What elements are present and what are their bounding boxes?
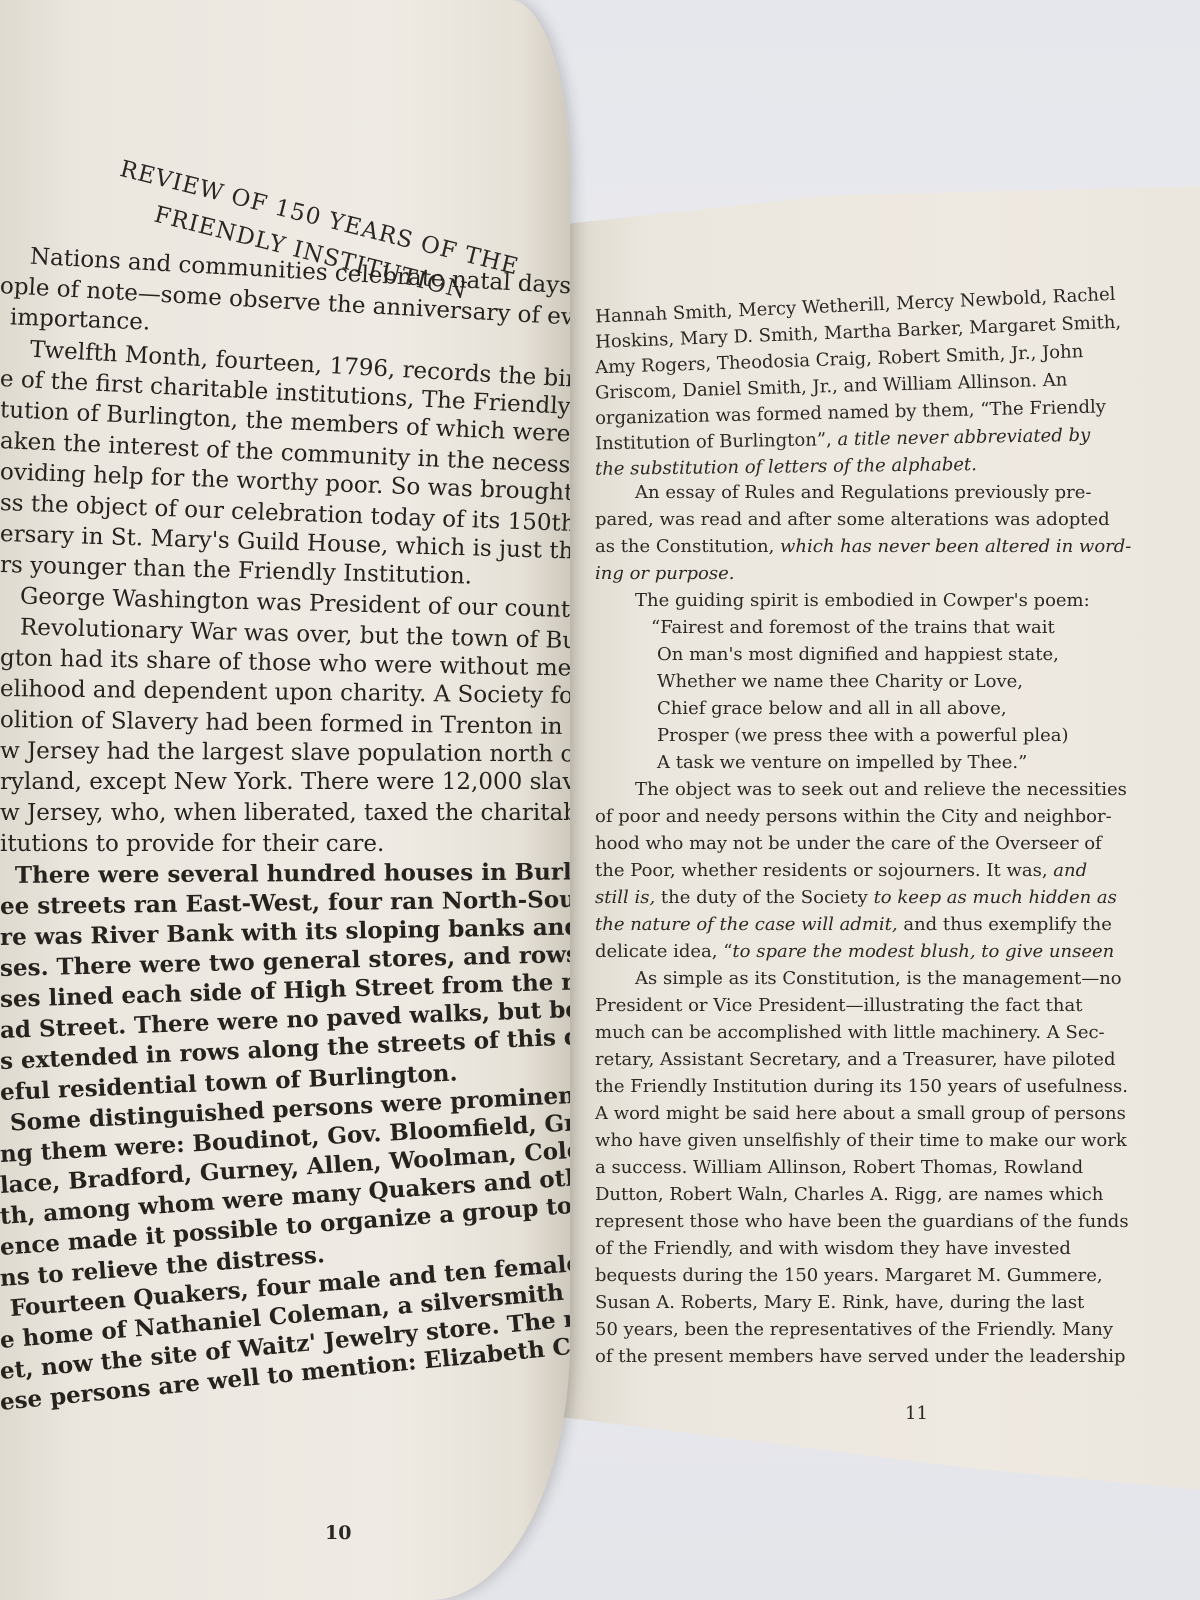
text-line: Dutton, Robert Waln, Charles A. Rigg, ar… [595, 1181, 1200, 1208]
text-line: ryland, except New York. There were 12,0… [0, 767, 570, 798]
text-line: Whether we name thee Charity or Love, [595, 668, 1200, 695]
text-line: w Jersey, who, when liberated, taxed the… [0, 798, 570, 829]
text-line: Chief grace below and all in all above, [595, 695, 1200, 722]
text-line: of the present members have served under… [595, 1343, 1200, 1370]
text-line: Prosper (we press thee with a powerful p… [595, 722, 1200, 749]
text-line: who have given unselfishly of their time… [595, 1127, 1200, 1154]
text-line: bequests during the 150 years. Margaret … [595, 1262, 1200, 1289]
text-line: of the Friendly, and with wisdom they ha… [595, 1235, 1200, 1262]
page-number-right: 11 [905, 1403, 928, 1424]
text-line: The object was to seek out and relieve t… [595, 776, 1200, 803]
text-line: “Fairest and foremost of the trains that… [595, 614, 1200, 641]
text-line: As simple as its Constitution, is the ma… [595, 965, 1200, 992]
text-line: delicate idea, “to spare the modest blus… [595, 938, 1200, 965]
text-line: the Poor, whether residents or sojourner… [595, 857, 1200, 884]
text-line: a success. William Allinson, Robert Thom… [595, 1154, 1200, 1181]
text-line: of poor and needy persons within the Cit… [595, 803, 1200, 830]
text-line: 50 years, been the representatives of th… [595, 1316, 1200, 1343]
text-line: the nature of the case will admit, and t… [595, 911, 1200, 938]
text-line: still is, the duty of the Society to kee… [595, 884, 1200, 911]
text-line: hood who may not be under the care of th… [595, 830, 1200, 857]
right-page-text: Hannah Smith, Mercy Wetherill, Mercy New… [595, 290, 1200, 1370]
text-line: pared, was read and after some alteratio… [595, 506, 1200, 533]
text-line: President or Vice President—illustrating… [595, 992, 1200, 1019]
text-line: An essay of Rules and Regulations previo… [595, 479, 1200, 506]
left-page: REVIEW OF 150 YEARS OF THE FRIENDLY INST… [0, 0, 570, 1600]
left-page-text: Nations and communities celebrate natal … [0, 240, 570, 1418]
text-line: On man's most dignified and happiest sta… [595, 641, 1200, 668]
text-line: Susan A. Roberts, Mary E. Rink, have, du… [595, 1289, 1200, 1316]
text-line: itutions to provide for their care. [0, 829, 570, 860]
text-line: A word might be said here about a small … [595, 1100, 1200, 1127]
text-line: the Friendly Institution during its 150 … [595, 1073, 1200, 1100]
text-line: A task we venture on impelled by Thee.” [595, 749, 1200, 776]
text-line: represent those who have been the guardi… [595, 1208, 1200, 1235]
text-line: w Jersey had the largest slave populatio… [0, 736, 570, 770]
text-line: retary, Assistant Secretary, and a Treas… [595, 1046, 1200, 1073]
text-line: as the Constitution, which has never bee… [595, 533, 1200, 560]
text-line: ing or purpose. [595, 560, 1200, 587]
text-line: much can be accomplished with little mac… [595, 1019, 1200, 1046]
page-number-left: 10 [325, 1522, 351, 1544]
text-line: The guiding spirit is embodied in Cowper… [595, 587, 1200, 614]
